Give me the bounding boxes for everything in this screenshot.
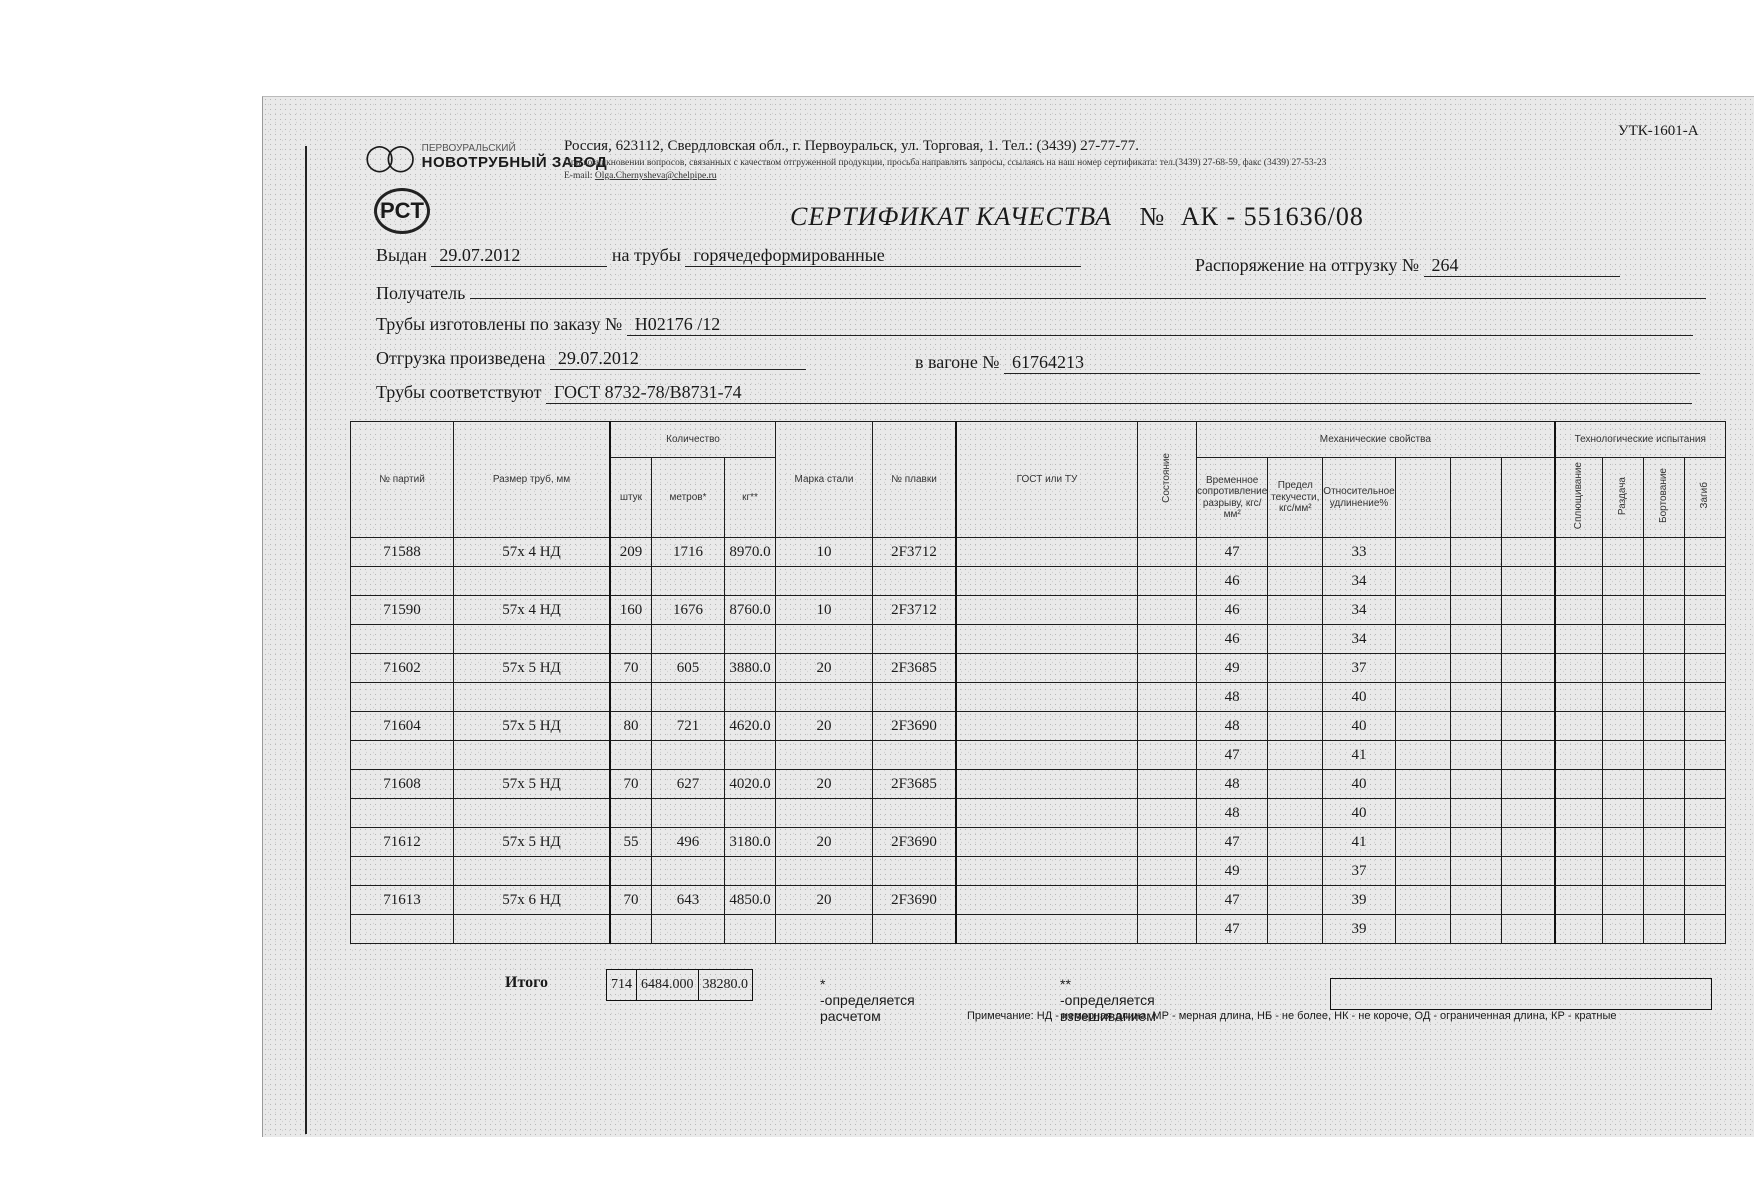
table-body: 7158857х 4 НД20917168970.0102F3712473346… bbox=[351, 538, 1726, 944]
cell-empty bbox=[1395, 770, 1450, 799]
cell-heat bbox=[873, 799, 957, 828]
cell-grade bbox=[776, 857, 873, 886]
certificate-number: АК - 551636/08 bbox=[1181, 202, 1364, 231]
cell-bending bbox=[1684, 828, 1725, 857]
cell-empty bbox=[1395, 654, 1450, 683]
cell-empty bbox=[1501, 683, 1555, 712]
cell-heat bbox=[873, 857, 957, 886]
wagon-label: в вагоне № bbox=[915, 352, 999, 372]
cell-empty bbox=[1501, 799, 1555, 828]
form-code: УТК-1601-А bbox=[1618, 123, 1699, 140]
totals-blank-box bbox=[1330, 978, 1712, 1010]
col-size: Размер труб, мм bbox=[454, 422, 611, 538]
col-empty-3 bbox=[1501, 458, 1555, 538]
cell-elongation: 41 bbox=[1323, 828, 1395, 857]
shipment-field: Отгрузка произведена 29.07.2012 bbox=[376, 348, 806, 370]
cell-flaring bbox=[1602, 654, 1643, 683]
cell-flaring bbox=[1602, 886, 1643, 915]
cell-elongation: 39 bbox=[1323, 915, 1395, 944]
cell-flaring bbox=[1602, 828, 1643, 857]
cell-flattening bbox=[1555, 799, 1603, 828]
cell-pcs bbox=[610, 741, 652, 770]
email-label: E-mail: bbox=[564, 171, 593, 181]
cell-grade: 10 bbox=[776, 538, 873, 567]
pipes-type-value: горячедеформированные bbox=[685, 245, 1081, 267]
cell-batch bbox=[351, 915, 454, 944]
issued-value: 29.07.2012 bbox=[431, 245, 607, 267]
cell-empty bbox=[1450, 915, 1501, 944]
col-pcs: штук bbox=[610, 458, 652, 538]
cell-kg: 3180.0 bbox=[725, 828, 776, 857]
cell-empty bbox=[1501, 567, 1555, 596]
cell-empty bbox=[1450, 741, 1501, 770]
certificate-number-label: № bbox=[1140, 202, 1166, 231]
table-row: 7160257х 5 НД706053880.0202F36854937 bbox=[351, 654, 1726, 683]
cell-heat: 2F3690 bbox=[873, 712, 957, 741]
cell-pcs bbox=[610, 857, 652, 886]
cell-flaring bbox=[1602, 625, 1643, 654]
legend-calculated: * -определяется расчетом bbox=[820, 976, 915, 1024]
table-row: 7159057х 4 НД16016768760.0102F37124634 bbox=[351, 596, 1726, 625]
table-row: 4634 bbox=[351, 625, 1726, 654]
cell-yield bbox=[1268, 712, 1323, 741]
col-bending: Загиб bbox=[1684, 458, 1725, 538]
cell-meters: 1676 bbox=[652, 596, 725, 625]
col-batch-no: № партий bbox=[351, 422, 454, 538]
cell-kg bbox=[725, 857, 776, 886]
cell-kg bbox=[725, 567, 776, 596]
cell-elongation: 40 bbox=[1323, 799, 1395, 828]
cell-grade bbox=[776, 683, 873, 712]
standard-label: Трубы соответствуют bbox=[376, 382, 542, 402]
cell-tensile: 46 bbox=[1197, 567, 1268, 596]
cell-empty bbox=[1395, 596, 1450, 625]
cell-gost bbox=[956, 741, 1138, 770]
total-kg: 38280.0 bbox=[698, 970, 753, 1001]
cell-yield bbox=[1268, 799, 1323, 828]
cell-meters: 627 bbox=[652, 770, 725, 799]
cell-flanging bbox=[1643, 915, 1684, 944]
table-row: 7161357х 6 НД706434850.0202F36904739 bbox=[351, 886, 1726, 915]
cell-elongation: 34 bbox=[1323, 567, 1395, 596]
cell-condition bbox=[1138, 857, 1197, 886]
cell-yield bbox=[1268, 857, 1323, 886]
order-label: Трубы изготовлены по заказу № bbox=[376, 314, 622, 334]
cell-meters: 643 bbox=[652, 886, 725, 915]
cell-flanging bbox=[1643, 886, 1684, 915]
cell-gost bbox=[956, 712, 1138, 741]
cell-grade: 20 bbox=[776, 828, 873, 857]
cell-grade: 10 bbox=[776, 596, 873, 625]
table-row: 7161257х 5 НД554963180.0202F36904741 bbox=[351, 828, 1726, 857]
cell-empty bbox=[1450, 886, 1501, 915]
cell-gost bbox=[956, 799, 1138, 828]
cell-gost bbox=[956, 683, 1138, 712]
cell-elongation: 41 bbox=[1323, 741, 1395, 770]
col-elongation: Относительное удлинение% bbox=[1323, 458, 1395, 538]
shipment-date: 29.07.2012 bbox=[550, 348, 806, 370]
cell-flaring bbox=[1602, 567, 1643, 596]
cell-flattening bbox=[1555, 567, 1603, 596]
col-empty-1 bbox=[1395, 458, 1450, 538]
table-row: 4840 bbox=[351, 683, 1726, 712]
cell-size bbox=[454, 799, 611, 828]
cell-flattening bbox=[1555, 770, 1603, 799]
cell-yield bbox=[1268, 683, 1323, 712]
cell-pcs: 70 bbox=[610, 886, 652, 915]
col-heat-no: № плавки bbox=[873, 422, 957, 538]
cell-pcs: 160 bbox=[610, 596, 652, 625]
issued-label: Выдан bbox=[376, 245, 427, 265]
cell-pcs bbox=[610, 567, 652, 596]
cell-empty bbox=[1395, 828, 1450, 857]
col-flattening: Сплющивание bbox=[1555, 458, 1603, 538]
cell-grade bbox=[776, 567, 873, 596]
cell-kg bbox=[725, 915, 776, 944]
cell-empty bbox=[1395, 741, 1450, 770]
cell-condition bbox=[1138, 915, 1197, 944]
cell-heat: 2F3685 bbox=[873, 654, 957, 683]
cell-size bbox=[454, 915, 611, 944]
cell-bending bbox=[1684, 625, 1725, 654]
cell-bending bbox=[1684, 886, 1725, 915]
col-yield: Предел текучести, кгс/мм² bbox=[1268, 458, 1323, 538]
cell-condition bbox=[1138, 683, 1197, 712]
cell-kg bbox=[725, 799, 776, 828]
cell-yield bbox=[1268, 770, 1323, 799]
cell-size: 57х 4 НД bbox=[454, 596, 611, 625]
cell-elongation: 33 bbox=[1323, 538, 1395, 567]
col-gost: ГОСТ или ТУ bbox=[956, 422, 1138, 538]
cell-empty bbox=[1501, 770, 1555, 799]
cell-batch: 71604 bbox=[351, 712, 454, 741]
recipient-label: Получатель bbox=[376, 283, 465, 303]
cell-flanging bbox=[1643, 625, 1684, 654]
cell-flanging bbox=[1643, 596, 1684, 625]
cell-grade bbox=[776, 625, 873, 654]
cell-bending bbox=[1684, 596, 1725, 625]
cell-size: 57х 5 НД bbox=[454, 770, 611, 799]
cell-elongation: 40 bbox=[1323, 770, 1395, 799]
cell-flaring bbox=[1602, 596, 1643, 625]
cell-yield bbox=[1268, 828, 1323, 857]
cell-meters bbox=[652, 625, 725, 654]
cell-heat bbox=[873, 741, 957, 770]
cell-heat: 2F3685 bbox=[873, 770, 957, 799]
cell-gost bbox=[956, 915, 1138, 944]
cell-meters bbox=[652, 683, 725, 712]
cell-grade: 20 bbox=[776, 770, 873, 799]
cell-gost bbox=[956, 567, 1138, 596]
cell-batch bbox=[351, 857, 454, 886]
cell-flattening bbox=[1555, 538, 1603, 567]
cell-elongation: 34 bbox=[1323, 596, 1395, 625]
cell-condition bbox=[1138, 741, 1197, 770]
cell-yield bbox=[1268, 741, 1323, 770]
cell-heat: 2F3690 bbox=[873, 828, 957, 857]
cell-gost bbox=[956, 886, 1138, 915]
order-field: Трубы изготовлены по заказу № Н02176 /12 bbox=[376, 314, 1693, 336]
cell-meters: 1716 bbox=[652, 538, 725, 567]
cell-heat bbox=[873, 567, 957, 596]
cell-flanging bbox=[1643, 683, 1684, 712]
cell-kg: 4850.0 bbox=[725, 886, 776, 915]
cell-grade bbox=[776, 915, 873, 944]
title-text: СЕРТИФИКАТ КАЧЕСТВА bbox=[790, 202, 1112, 231]
cell-size: 57х 5 НД bbox=[454, 654, 611, 683]
cell-elongation: 37 bbox=[1323, 857, 1395, 886]
cell-condition bbox=[1138, 886, 1197, 915]
cell-batch: 71590 bbox=[351, 596, 454, 625]
cell-tensile: 46 bbox=[1197, 625, 1268, 654]
cell-yield bbox=[1268, 915, 1323, 944]
cell-flattening bbox=[1555, 915, 1603, 944]
cell-flattening bbox=[1555, 828, 1603, 857]
cell-empty bbox=[1395, 538, 1450, 567]
page-edge-line bbox=[305, 146, 307, 1134]
cell-empty bbox=[1450, 567, 1501, 596]
cell-gost bbox=[956, 857, 1138, 886]
cell-bending bbox=[1684, 741, 1725, 770]
cell-pcs: 55 bbox=[610, 828, 652, 857]
cell-tensile: 47 bbox=[1197, 538, 1268, 567]
cell-flanging bbox=[1643, 741, 1684, 770]
cell-size: 57х 5 НД bbox=[454, 828, 611, 857]
table-row: 4741 bbox=[351, 741, 1726, 770]
cell-pcs bbox=[610, 625, 652, 654]
cell-tensile: 47 bbox=[1197, 886, 1268, 915]
cell-bending bbox=[1684, 712, 1725, 741]
cell-empty bbox=[1501, 741, 1555, 770]
cell-pcs bbox=[610, 915, 652, 944]
company-address: Россия, 623112, Свердловская обл., г. Пе… bbox=[564, 138, 1139, 155]
cell-grade bbox=[776, 741, 873, 770]
cell-meters bbox=[652, 915, 725, 944]
cell-flaring bbox=[1602, 741, 1643, 770]
col-technological: Технологические испытания bbox=[1555, 422, 1726, 458]
certificate-title: СЕРТИФИКАТ КАЧЕСТВА № АК - 551636/08 bbox=[790, 202, 1364, 232]
cell-elongation: 37 bbox=[1323, 654, 1395, 683]
table-row: 7158857х 4 НД20917168970.0102F37124733 bbox=[351, 538, 1726, 567]
cell-size bbox=[454, 567, 611, 596]
cell-heat bbox=[873, 625, 957, 654]
cell-flanging bbox=[1643, 538, 1684, 567]
total-pcs: 714 bbox=[607, 970, 637, 1001]
cell-kg: 8970.0 bbox=[725, 538, 776, 567]
cell-bending bbox=[1684, 654, 1725, 683]
totals-label: Итого bbox=[505, 974, 548, 992]
cell-heat: 2F3712 bbox=[873, 596, 957, 625]
col-flaring: Раздача bbox=[1602, 458, 1643, 538]
totals-table: 714 6484.000 38280.0 bbox=[606, 969, 753, 1001]
cell-empty bbox=[1450, 596, 1501, 625]
table-row: 4840 bbox=[351, 799, 1726, 828]
cell-heat: 2F3712 bbox=[873, 538, 957, 567]
cell-flaring bbox=[1602, 538, 1643, 567]
cell-heat: 2F3690 bbox=[873, 886, 957, 915]
cell-empty bbox=[1450, 654, 1501, 683]
cell-flanging bbox=[1643, 654, 1684, 683]
cell-gost bbox=[956, 538, 1138, 567]
cell-flaring bbox=[1602, 857, 1643, 886]
gost-certification-mark-icon: PCT bbox=[374, 188, 430, 234]
col-empty-2 bbox=[1450, 458, 1501, 538]
cell-empty bbox=[1501, 712, 1555, 741]
cell-empty bbox=[1450, 712, 1501, 741]
cell-tensile: 46 bbox=[1197, 596, 1268, 625]
cell-flanging bbox=[1643, 712, 1684, 741]
cell-condition bbox=[1138, 770, 1197, 799]
cell-empty bbox=[1450, 683, 1501, 712]
cell-yield bbox=[1268, 567, 1323, 596]
cell-yield bbox=[1268, 654, 1323, 683]
cell-empty bbox=[1501, 857, 1555, 886]
cell-condition bbox=[1138, 828, 1197, 857]
cell-empty bbox=[1395, 712, 1450, 741]
cell-flattening bbox=[1555, 857, 1603, 886]
order-value: Н02176 /12 bbox=[627, 314, 1693, 336]
cell-empty bbox=[1501, 886, 1555, 915]
cell-tensile: 48 bbox=[1197, 770, 1268, 799]
cell-kg bbox=[725, 683, 776, 712]
cell-empty bbox=[1450, 857, 1501, 886]
cell-flaring bbox=[1602, 799, 1643, 828]
cell-flattening bbox=[1555, 712, 1603, 741]
cell-condition bbox=[1138, 654, 1197, 683]
cell-gost bbox=[956, 770, 1138, 799]
cell-size bbox=[454, 683, 611, 712]
cell-empty bbox=[1395, 857, 1450, 886]
questions-line: При возникновении вопросов, связанных с … bbox=[564, 158, 1326, 168]
cell-tensile: 48 bbox=[1197, 683, 1268, 712]
col-quantity: Количество bbox=[610, 422, 776, 458]
cell-bending bbox=[1684, 683, 1725, 712]
cell-meters: 721 bbox=[652, 712, 725, 741]
cell-size bbox=[454, 625, 611, 654]
cell-empty bbox=[1501, 538, 1555, 567]
cell-empty bbox=[1450, 625, 1501, 654]
cell-empty bbox=[1450, 538, 1501, 567]
cell-meters bbox=[652, 567, 725, 596]
cell-size: 57х 5 НД bbox=[454, 712, 611, 741]
cell-condition bbox=[1138, 712, 1197, 741]
cell-condition bbox=[1138, 799, 1197, 828]
cell-heat bbox=[873, 683, 957, 712]
cell-yield bbox=[1268, 625, 1323, 654]
cell-kg: 3880.0 bbox=[725, 654, 776, 683]
cell-empty bbox=[1450, 799, 1501, 828]
cell-grade: 20 bbox=[776, 886, 873, 915]
cell-flattening bbox=[1555, 654, 1603, 683]
cell-flanging bbox=[1643, 770, 1684, 799]
cell-tensile: 48 bbox=[1197, 712, 1268, 741]
table-row: 7160857х 5 НД706274020.0202F36854840 bbox=[351, 770, 1726, 799]
col-tensile: Временное сопротивление разрыву, кгс/мм² bbox=[1197, 458, 1268, 538]
cell-batch: 71588 bbox=[351, 538, 454, 567]
issued-field: Выдан 29.07.2012 на трубы горячедеформир… bbox=[376, 245, 1081, 267]
cell-condition bbox=[1138, 567, 1197, 596]
cell-size: 57х 4 НД bbox=[454, 538, 611, 567]
wagon-value: 61764213 bbox=[1004, 352, 1700, 374]
cell-gost bbox=[956, 596, 1138, 625]
cell-batch: 71608 bbox=[351, 770, 454, 799]
cell-empty bbox=[1501, 828, 1555, 857]
cell-meters: 605 bbox=[652, 654, 725, 683]
cell-pcs: 70 bbox=[610, 654, 652, 683]
cell-flanging bbox=[1643, 828, 1684, 857]
cell-kg: 4620.0 bbox=[725, 712, 776, 741]
table-row: 4937 bbox=[351, 857, 1726, 886]
cell-meters bbox=[652, 741, 725, 770]
cell-empty bbox=[1501, 625, 1555, 654]
cell-kg bbox=[725, 625, 776, 654]
table-row: 7160457х 5 НД807214620.0202F36904840 bbox=[351, 712, 1726, 741]
certificate-table: № партий Размер труб, мм Количество Марк… bbox=[350, 421, 1726, 944]
cell-kg bbox=[725, 741, 776, 770]
cell-flaring bbox=[1602, 915, 1643, 944]
shipping-order-label: Распоряжение на отгрузку № bbox=[1195, 255, 1419, 275]
cell-tensile: 47 bbox=[1197, 828, 1268, 857]
cell-bending bbox=[1684, 915, 1725, 944]
col-flanging: Бортование bbox=[1643, 458, 1684, 538]
shipment-label: Отгрузка произведена bbox=[376, 348, 545, 368]
cell-empty bbox=[1450, 828, 1501, 857]
standard-value: ГОСТ 8732-78/В8731-74 bbox=[546, 382, 1692, 404]
table-row: 4739 bbox=[351, 915, 1726, 944]
cell-bending bbox=[1684, 567, 1725, 596]
col-meters: метров* bbox=[652, 458, 725, 538]
col-steel-grade: Марка стали bbox=[776, 422, 873, 538]
cell-size bbox=[454, 857, 611, 886]
cell-bending bbox=[1684, 799, 1725, 828]
cell-condition bbox=[1138, 596, 1197, 625]
cell-flaring bbox=[1602, 683, 1643, 712]
cell-tensile: 47 bbox=[1197, 915, 1268, 944]
email-link[interactable]: Olga.Chernysheva@chelpipe.ru bbox=[595, 171, 717, 181]
cell-heat bbox=[873, 915, 957, 944]
cell-batch bbox=[351, 799, 454, 828]
logo-circles-icon: ◯◯ bbox=[365, 142, 407, 173]
shipping-order-field: Распоряжение на отгрузку № 264 bbox=[1195, 255, 1620, 277]
cell-empty bbox=[1395, 799, 1450, 828]
cell-batch bbox=[351, 683, 454, 712]
cell-grade bbox=[776, 799, 873, 828]
cell-batch bbox=[351, 567, 454, 596]
cell-pcs: 80 bbox=[610, 712, 652, 741]
cell-empty bbox=[1501, 915, 1555, 944]
cell-flattening bbox=[1555, 596, 1603, 625]
cell-condition bbox=[1138, 625, 1197, 654]
cell-empty bbox=[1395, 683, 1450, 712]
cell-elongation: 40 bbox=[1323, 683, 1395, 712]
cell-batch: 71602 bbox=[351, 654, 454, 683]
cell-empty bbox=[1395, 625, 1450, 654]
pipes-type-label: на трубы bbox=[612, 245, 681, 265]
recipient-field: Получатель bbox=[376, 278, 1706, 304]
cell-pcs bbox=[610, 683, 652, 712]
cell-meters bbox=[652, 857, 725, 886]
cell-elongation: 34 bbox=[1323, 625, 1395, 654]
cell-tensile: 49 bbox=[1197, 654, 1268, 683]
cell-yield bbox=[1268, 596, 1323, 625]
cell-bending bbox=[1684, 538, 1725, 567]
col-condition: Состояние bbox=[1138, 422, 1197, 538]
cell-bending bbox=[1684, 857, 1725, 886]
shipping-order-value: 264 bbox=[1424, 255, 1620, 277]
email-line: E-mail: Olga.Chernysheva@chelpipe.ru bbox=[564, 171, 717, 181]
cell-flattening bbox=[1555, 886, 1603, 915]
wagon-field: в вагоне № 61764213 bbox=[915, 352, 1700, 374]
